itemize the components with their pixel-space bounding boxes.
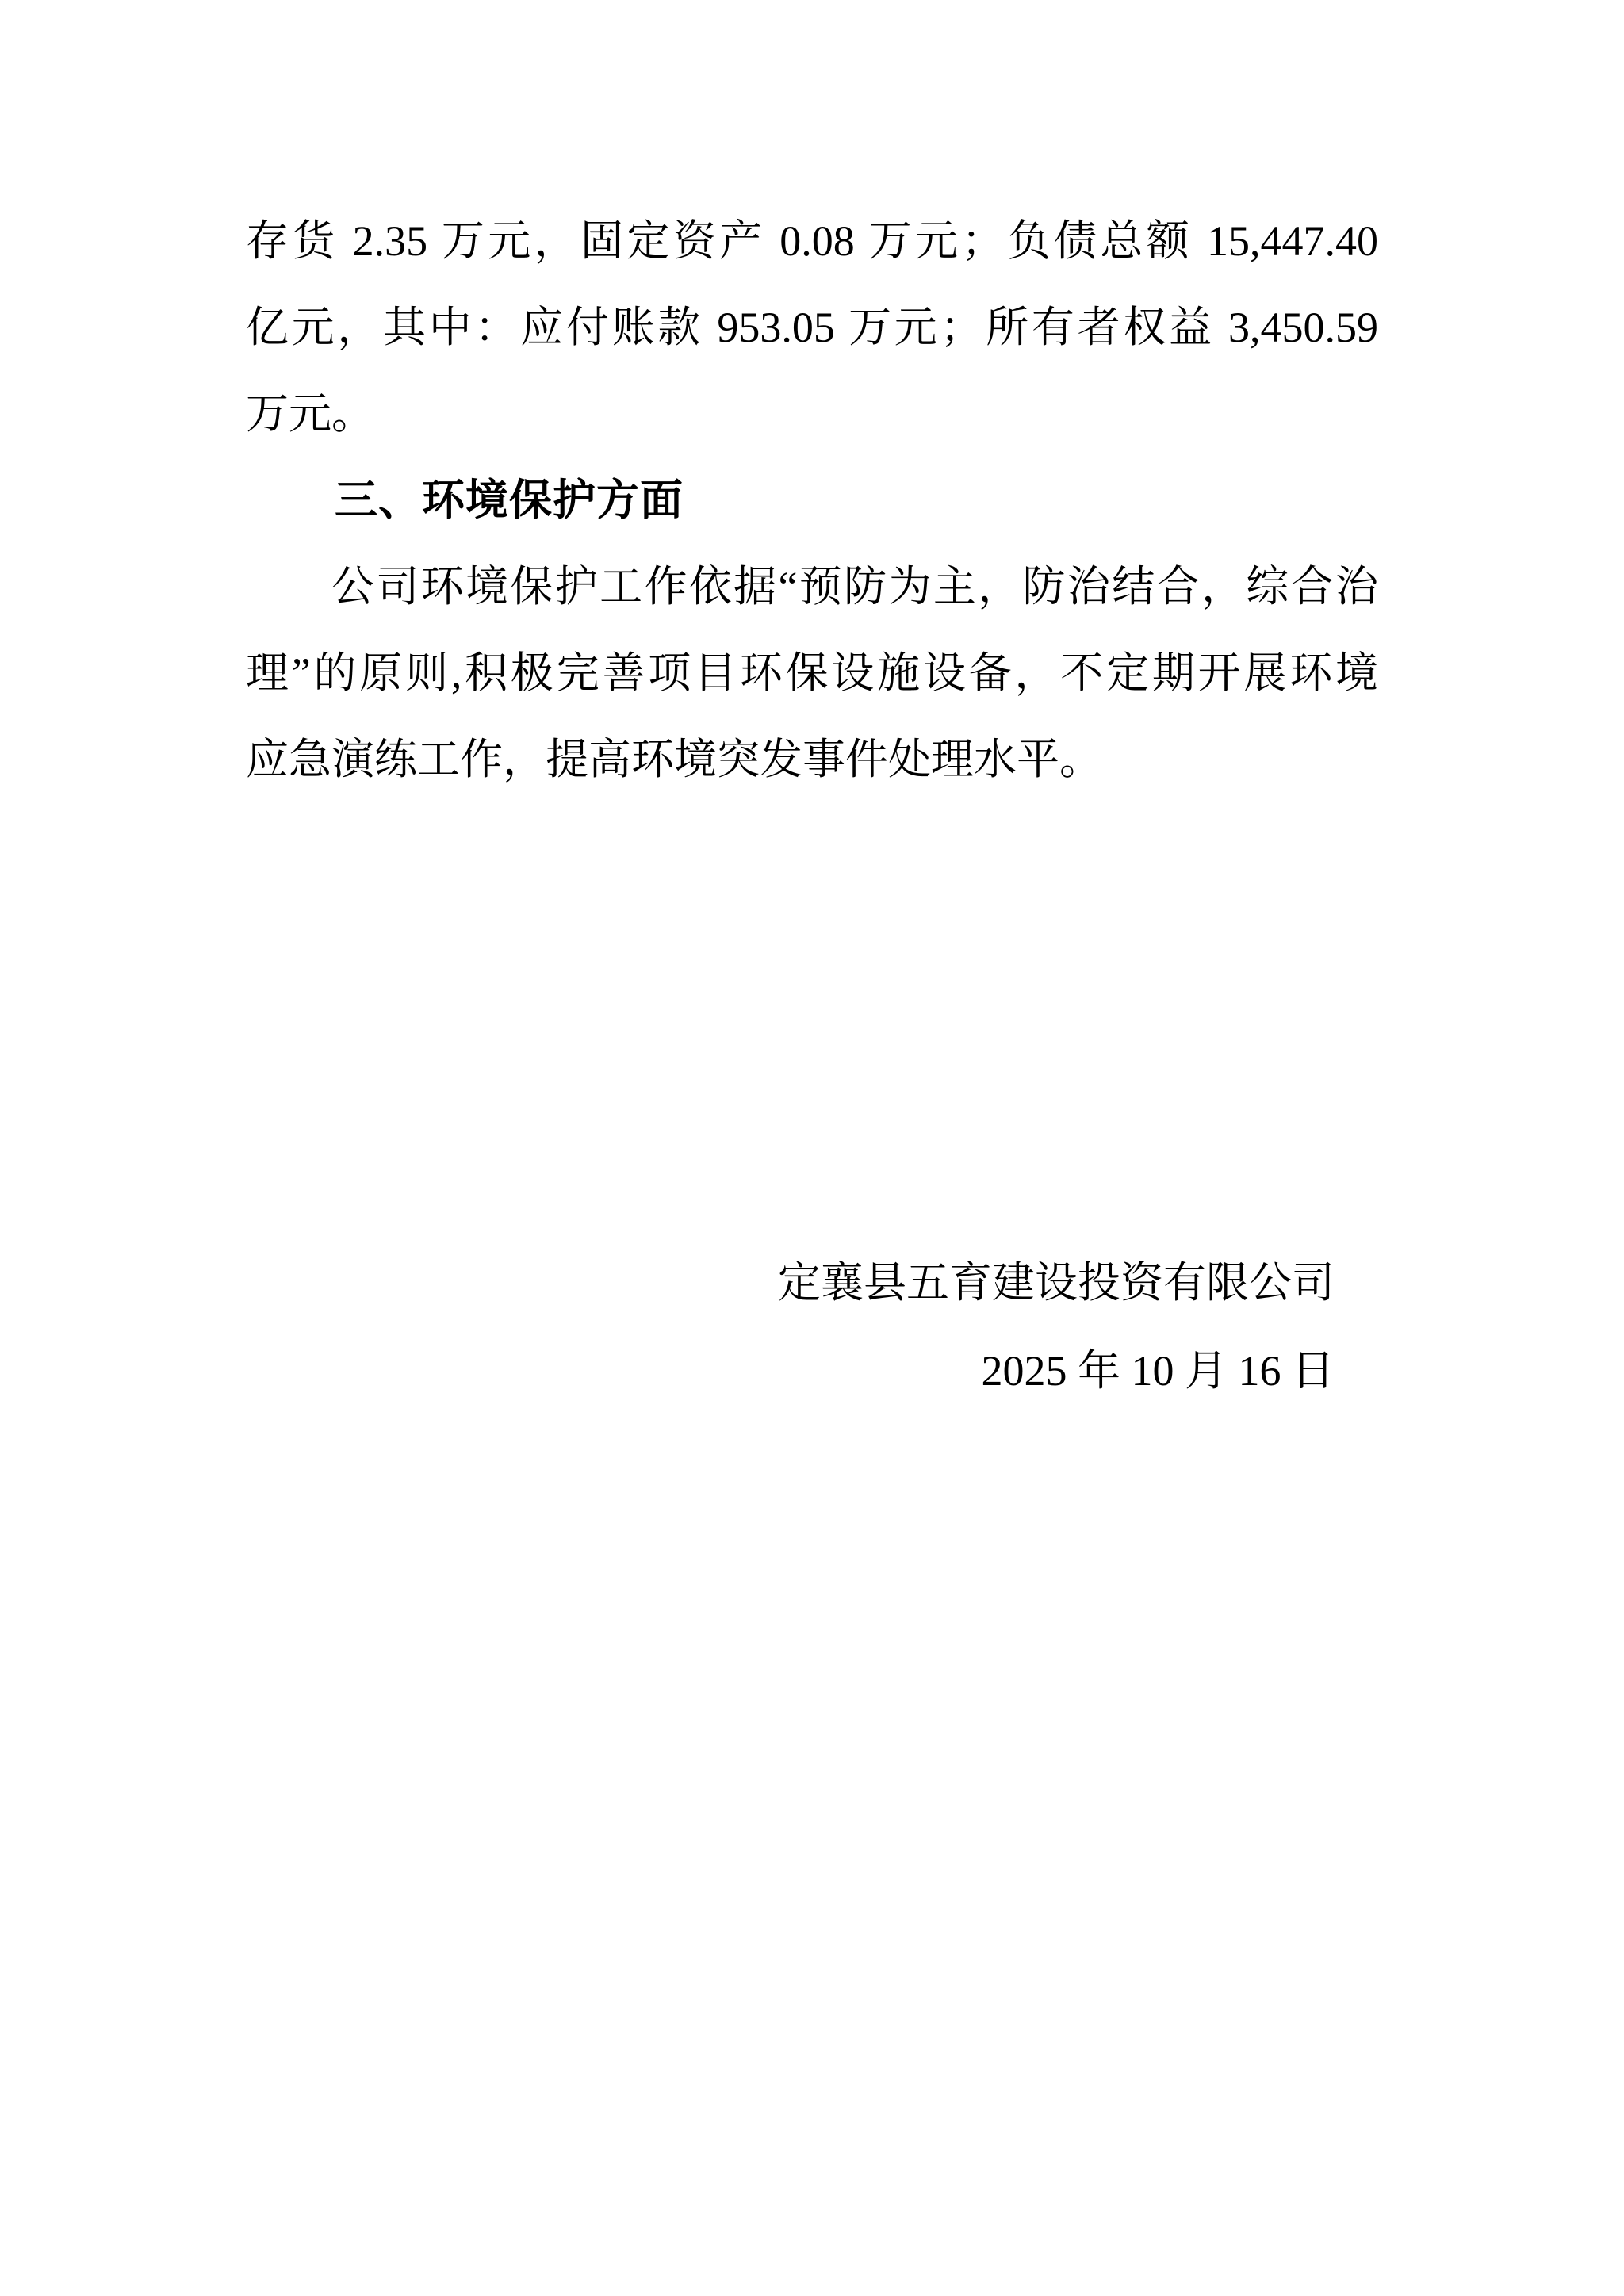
- finance-line-2: 亿元，其中：应付账款 953.05 万元；所有者权益 3,450.59: [246, 285, 1378, 371]
- signature-date: 2025 年 10 月 16 日: [778, 1327, 1335, 1415]
- signature-block: 定襄县五育建设投资有限公司 2025 年 10 月 16 日: [778, 1239, 1335, 1415]
- environment-line-2: 理”的原则,积极完善项目环保设施设备，不定期开展环境: [246, 630, 1378, 717]
- finance-line-3: 万元。: [246, 371, 1378, 457]
- section-heading-environment: 三、环境保护方面: [246, 457, 1378, 544]
- environment-line-1: 公司环境保护工作依据“预防为主，防治结合，综合治: [246, 544, 1378, 630]
- paragraph-environment: 公司环境保护工作依据“预防为主，防治结合，综合治 理”的原则,积极完善项目环保设…: [246, 544, 1378, 803]
- finance-line-1: 存货 2.35 万元，固定资产 0.08 万元；负债总额 15,447.40: [246, 198, 1378, 285]
- paragraph-finance: 存货 2.35 万元，固定资产 0.08 万元；负债总额 15,447.40 亿…: [246, 198, 1378, 457]
- signature-company: 定襄县五育建设投资有限公司: [778, 1239, 1335, 1327]
- document-body: 存货 2.35 万元，固定资产 0.08 万元；负债总额 15,447.40 亿…: [246, 198, 1378, 803]
- document-page: 存货 2.35 万元，固定资产 0.08 万元；负债总额 15,447.40 亿…: [0, 0, 1624, 2296]
- environment-line-3: 应急演练工作，提高环境突发事件处理水平。: [246, 717, 1378, 803]
